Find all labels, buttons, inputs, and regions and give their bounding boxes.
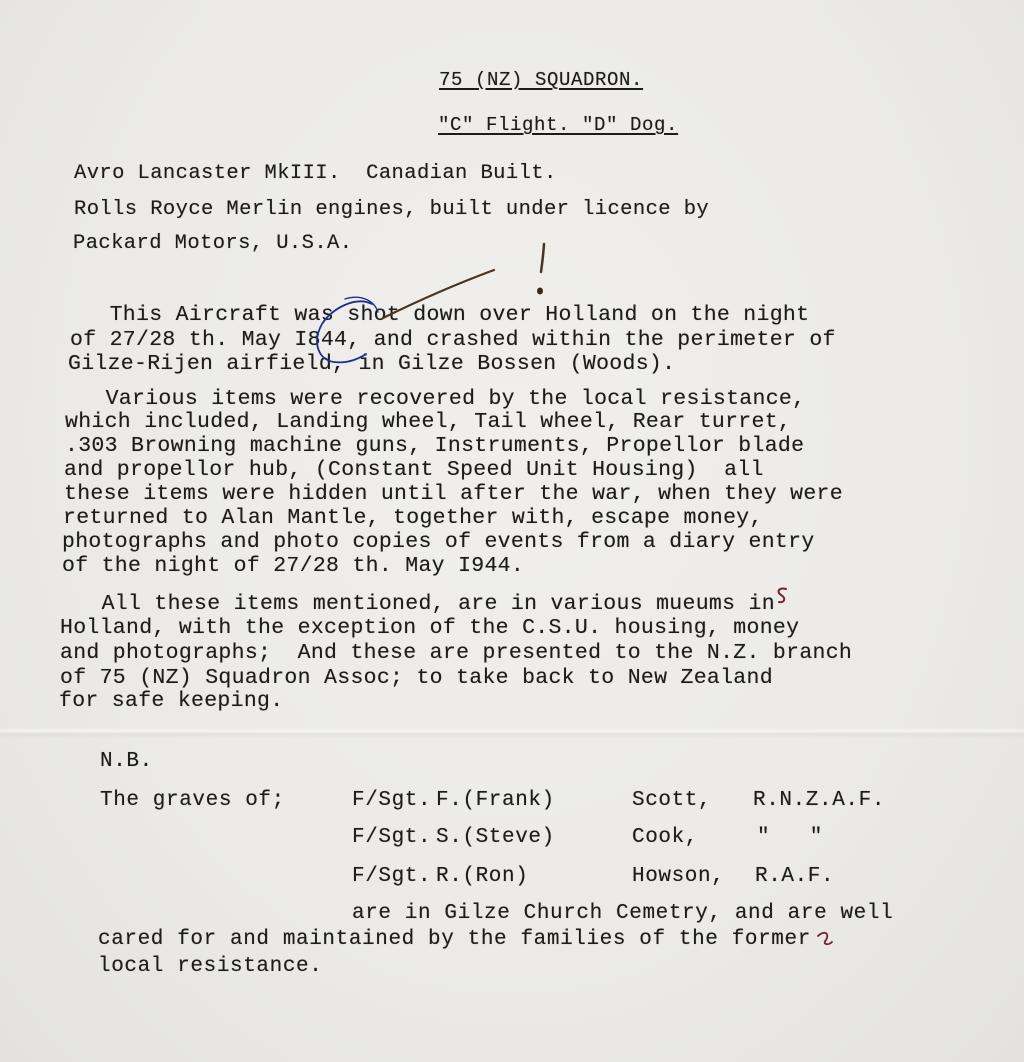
grave-3-service: R.A.F. bbox=[755, 865, 834, 889]
paragraph-1-line-1: This Aircraft was shot down over Holland… bbox=[70, 303, 809, 327]
paragraph-3-line-1: All these items mentioned, are in variou… bbox=[62, 592, 775, 616]
grave-2-rank: F/Sgt. bbox=[352, 826, 431, 850]
flight-heading-text: "C" Flight. "D" Dog. bbox=[438, 114, 678, 136]
exclamation-stroke-icon bbox=[541, 244, 544, 272]
grave-1-surname: Scott, bbox=[632, 789, 711, 813]
grave-1-rank: F/Sgt. bbox=[352, 789, 431, 813]
squadron-heading-text: 75 (NZ) SQUADRON. bbox=[439, 69, 643, 91]
grave-1-name: F.(Frank) bbox=[436, 789, 555, 813]
grave-2-name: S.(Steve) bbox=[436, 826, 555, 850]
typewritten-page: 75 (NZ) SQUADRON. "C" Flight. "D" Dog. A… bbox=[0, 0, 1024, 1062]
graves-intro: The graves of; bbox=[100, 789, 285, 813]
paragraph-2-line-8: of the night of 27/28 th. May I944. bbox=[62, 554, 524, 578]
closing-line-3: local resistance. bbox=[98, 955, 322, 979]
paragraph-2-line-6: returned to Alan Mantle, together with, … bbox=[63, 506, 763, 530]
grave-3-surname: Howson, bbox=[632, 865, 724, 889]
paragraph-3-line-3: and photographs; And these are presented… bbox=[60, 641, 852, 665]
paragraph-3-line-2: Holland, with the exception of the C.S.U… bbox=[60, 616, 799, 640]
closing-line-1: are in Gilze Church Cemetry, and are wel… bbox=[352, 902, 893, 926]
exclamation-dot-icon bbox=[537, 288, 543, 295]
paragraph-2-line-3: .303 Browning machine guns, Instruments,… bbox=[65, 434, 804, 458]
nb-label: N.B. bbox=[100, 750, 153, 774]
spec-line-3: Packard Motors, U.S.A. bbox=[73, 232, 352, 256]
e-correction-icon bbox=[818, 933, 832, 944]
paragraph-3-line-4: of 75 (NZ) Squadron Assoc; to take back … bbox=[60, 666, 773, 690]
grave-2-surname: Cook, bbox=[632, 826, 698, 850]
grave-1-service: R.N.Z.A.F. bbox=[753, 789, 885, 813]
paragraph-2-line-2: which included, Landing wheel, Tail whee… bbox=[65, 410, 791, 434]
grave-3-name: R.(Ron) bbox=[436, 865, 528, 889]
paragraph-2-line-7: photographs and photo copies of events f… bbox=[62, 530, 815, 554]
grave-3-rank: F/Sgt. bbox=[352, 865, 431, 889]
paragraph-2-line-4: and propellor hub, (Constant Speed Unit … bbox=[64, 458, 764, 482]
paragraph-2-line-1: Various items were recovered by the loca… bbox=[66, 387, 805, 411]
grave-2-service: " " bbox=[757, 826, 823, 850]
paragraph-1-line-3: Gilze-Rijen airfield, in Gilze Bossen (W… bbox=[68, 352, 675, 376]
paragraph-2-line-5: these items were hidden until after the … bbox=[64, 482, 843, 506]
spec-line-2: Rolls Royce Merlin engines, built under … bbox=[74, 198, 709, 222]
paragraph-1-line-2: of 27/28 th. May I844, and crashed withi… bbox=[70, 328, 836, 352]
paragraph-3-line-5: for safe keeping. bbox=[59, 689, 283, 713]
closing-line-2: cared for and maintained by the families… bbox=[98, 928, 811, 952]
s-correction-icon bbox=[779, 589, 786, 603]
flight-heading: "C" Flight. "D" Dog. bbox=[390, 89, 678, 161]
spec-line-1: Avro Lancaster MkIII. Canadian Built. bbox=[74, 162, 557, 186]
